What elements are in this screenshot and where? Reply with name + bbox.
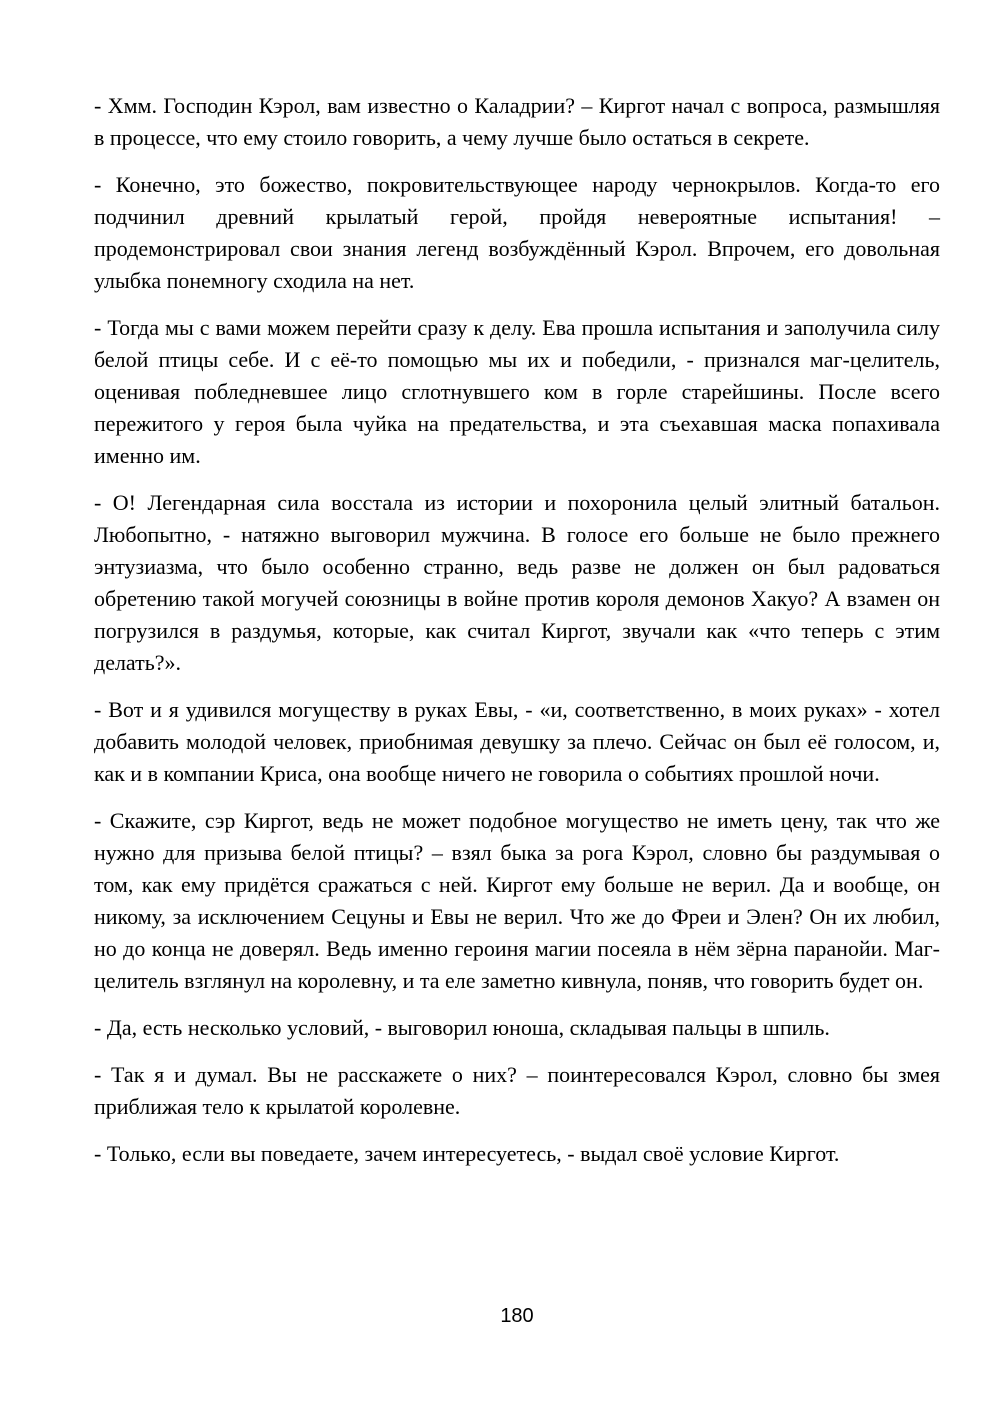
paragraph: - О! Легендарная сила восстала из истори… [94, 487, 940, 679]
text-block: - Хмм. Господин Кэрол, вам известно о Ка… [94, 90, 940, 1185]
paragraph: - Так я и думал. Вы не расскажете о них?… [94, 1059, 940, 1123]
paragraph: - Вот и я удивился могуществу в руках Ев… [94, 694, 940, 790]
paragraph: - Хмм. Господин Кэрол, вам известно о Ка… [94, 90, 940, 154]
paragraph: - Тогда мы с вами можем перейти сразу к … [94, 312, 940, 472]
paragraph: - Конечно, это божество, покровительству… [94, 169, 940, 297]
paragraph: - Только, если вы поведаете, зачем интер… [94, 1138, 940, 1170]
paragraph: - Да, есть несколько условий, - выговори… [94, 1012, 940, 1044]
page-number: 180 [94, 1304, 940, 1328]
document-page: - Хмм. Господин Кэрол, вам известно о Ка… [0, 0, 1000, 1414]
paragraph: - Скажите, сэр Киргот, ведь не может под… [94, 805, 940, 997]
